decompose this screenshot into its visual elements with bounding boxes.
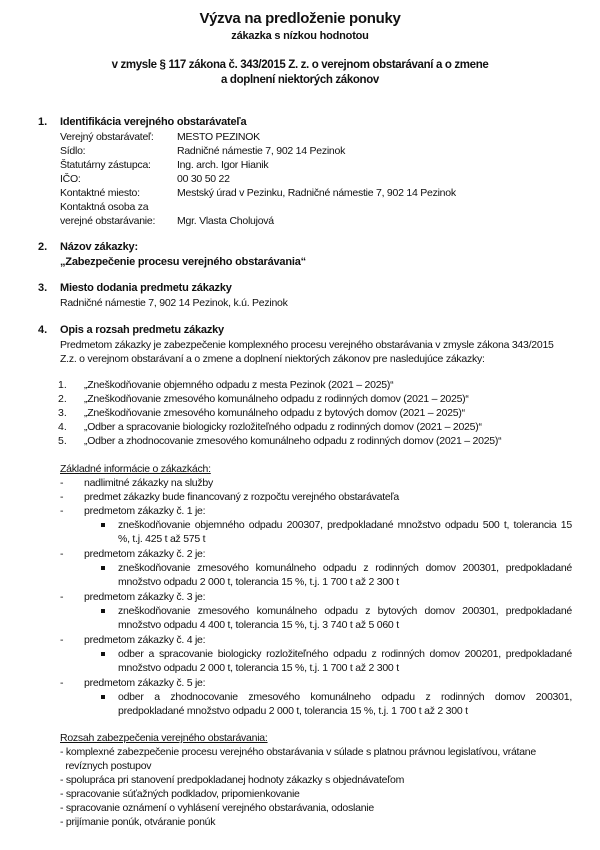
scope-item: - spracovanie oznámení o vyhlásení verej…: [60, 802, 374, 814]
list-number: 5.: [58, 435, 67, 447]
square-bullet-icon: [101, 566, 105, 570]
scope-item: - spracovanie súťažných podkladov, pripo…: [60, 788, 300, 800]
section-heading: Identifikácia verejného obstarávateľa: [60, 116, 246, 128]
section-number: 1.: [38, 116, 47, 128]
section-number: 2.: [38, 241, 47, 253]
square-bullet-icon: [101, 609, 105, 613]
document-subtitle: zákazka s nízkou hodnotou: [0, 30, 600, 42]
section-heading: Opis a rozsah predmetu zákazky: [60, 324, 224, 336]
detail-line-2: predpokladané množstvo odpadu 2 000 t, t…: [118, 705, 468, 717]
basic-info-item: predmetom zákazky č. 2 je:: [84, 548, 205, 560]
dash-bullet: -: [60, 491, 64, 503]
basic-info-item: predmetom zákazky č. 5 je:: [84, 677, 205, 689]
list-item: „Zneškodňovanie zmesového komunálneho od…: [84, 407, 465, 419]
list-item: „Odber a spracovanie biologicky rozložit…: [84, 421, 482, 433]
detail-line-2: množstvo odpadu 4 400 t, tolerancia 15 %…: [118, 619, 399, 631]
field-value: Mgr. Vlasta Cholujová: [177, 215, 274, 227]
square-bullet-icon: [101, 523, 105, 527]
list-number: 1.: [58, 379, 67, 391]
field-label: Kontaktná osoba za: [60, 201, 148, 213]
basic-info-item: predmetom zákazky č. 4 je:: [84, 634, 205, 646]
basic-info-item: predmetom zákazky č. 1 je:: [84, 505, 205, 517]
list-number: 2.: [58, 393, 67, 405]
delivery-place-value: Radničné námestie 7, 902 14 Pezinok, k.ú…: [60, 297, 288, 309]
basic-info-item: nadlimitné zákazky na služby: [84, 477, 213, 489]
scope-item: - prijímanie ponúk, otváranie ponúk: [60, 816, 215, 828]
field-label: IČO:: [60, 173, 81, 185]
dash-bullet: -: [60, 505, 64, 517]
section-number: 3.: [38, 282, 47, 294]
field-value: Ing. arch. Igor Hianik: [177, 159, 268, 171]
basic-info-item: predmet zákazky bude financovaný z rozpo…: [84, 491, 399, 503]
list-item: „Odber a zhodnocovanie zmesového komunál…: [84, 435, 501, 447]
document-title: Výzva na predloženie ponuky: [0, 10, 600, 27]
scope-heading: Rozsah zabezpečenia verejného obstarávan…: [60, 732, 268, 744]
field-label: verejné obstarávanie:: [60, 215, 155, 227]
detail-line-2: množstvo odpadu 2 000 t, tolerancia 15 %…: [118, 576, 399, 588]
detail-line-1: zneškodňovanie zmesového komunálneho odp…: [118, 562, 572, 574]
detail-line-1: odber a spracovanie biologicky rozložite…: [118, 648, 572, 660]
detail-line-1: zneškodňovanie zmesového komunálneho odp…: [118, 605, 572, 617]
scope-item: - spolupráca pri stanovení predpokladane…: [60, 774, 404, 786]
detail-line-1: zneškodňovanie objemného odpadu 200307, …: [118, 519, 572, 531]
law-reference-line-2: a doplnení niektorých zákonov: [0, 74, 600, 86]
dash-bullet: -: [60, 591, 64, 603]
dash-bullet: -: [60, 477, 64, 489]
list-item: „Zneškodňovanie objemného odpadu z mesta…: [84, 379, 393, 391]
detail-line-2: %, t.j. 425 t až 575 t: [118, 533, 205, 545]
intro-text-line-1: Predmetom zákazky je zabezpečenie komple…: [60, 339, 554, 351]
scope-item: - komplexné zabezpečenie procesu verejné…: [60, 746, 536, 758]
field-value: Radničné námestie 7, 902 14 Pezinok: [177, 145, 345, 157]
field-value: Mestský úrad v Pezinku, Radničné námesti…: [177, 187, 456, 199]
square-bullet-icon: [101, 652, 105, 656]
dash-bullet: -: [60, 677, 64, 689]
detail-line-2: množstvo odpadu 2 000 t, tolerancia 15 %…: [118, 662, 399, 674]
field-label: Štatutárny zástupca:: [60, 159, 151, 171]
dash-bullet: -: [60, 548, 64, 560]
list-number: 3.: [58, 407, 67, 419]
field-label: Verejný obstarávateľ:: [60, 131, 154, 143]
detail-line-1: odber a zhodnocovanie zmesového komunáln…: [118, 691, 572, 703]
field-value: MESTO PEZINOK: [177, 131, 260, 143]
list-number: 4.: [58, 421, 67, 433]
dash-bullet: -: [60, 634, 64, 646]
square-bullet-icon: [101, 695, 105, 699]
field-label: Sídlo:: [60, 145, 85, 157]
law-reference-line-1: v zmysle § 117 zákona č. 343/2015 Z. z. …: [0, 59, 600, 71]
scope-item-continuation: revíznych postupov: [60, 760, 151, 772]
field-value: 00 30 50 22: [177, 173, 230, 185]
section-heading: Názov zákazky:: [60, 241, 138, 253]
contract-name-value: „Zabezpečenie procesu verejného obstaráv…: [60, 256, 306, 268]
section-heading: Miesto dodania predmetu zákazky: [60, 282, 232, 294]
basic-info-item: predmetom zákazky č. 3 je:: [84, 591, 205, 603]
basic-info-heading: Základné informácie o zákazkách:: [60, 463, 211, 475]
intro-text-line-2: Z.z. o verejnom obstarávaní a o zmene a …: [60, 353, 485, 365]
field-label: Kontaktné miesto:: [60, 187, 140, 199]
list-item: „Zneškodňovanie zmesového komunálneho od…: [84, 393, 469, 405]
section-number: 4.: [38, 324, 47, 336]
